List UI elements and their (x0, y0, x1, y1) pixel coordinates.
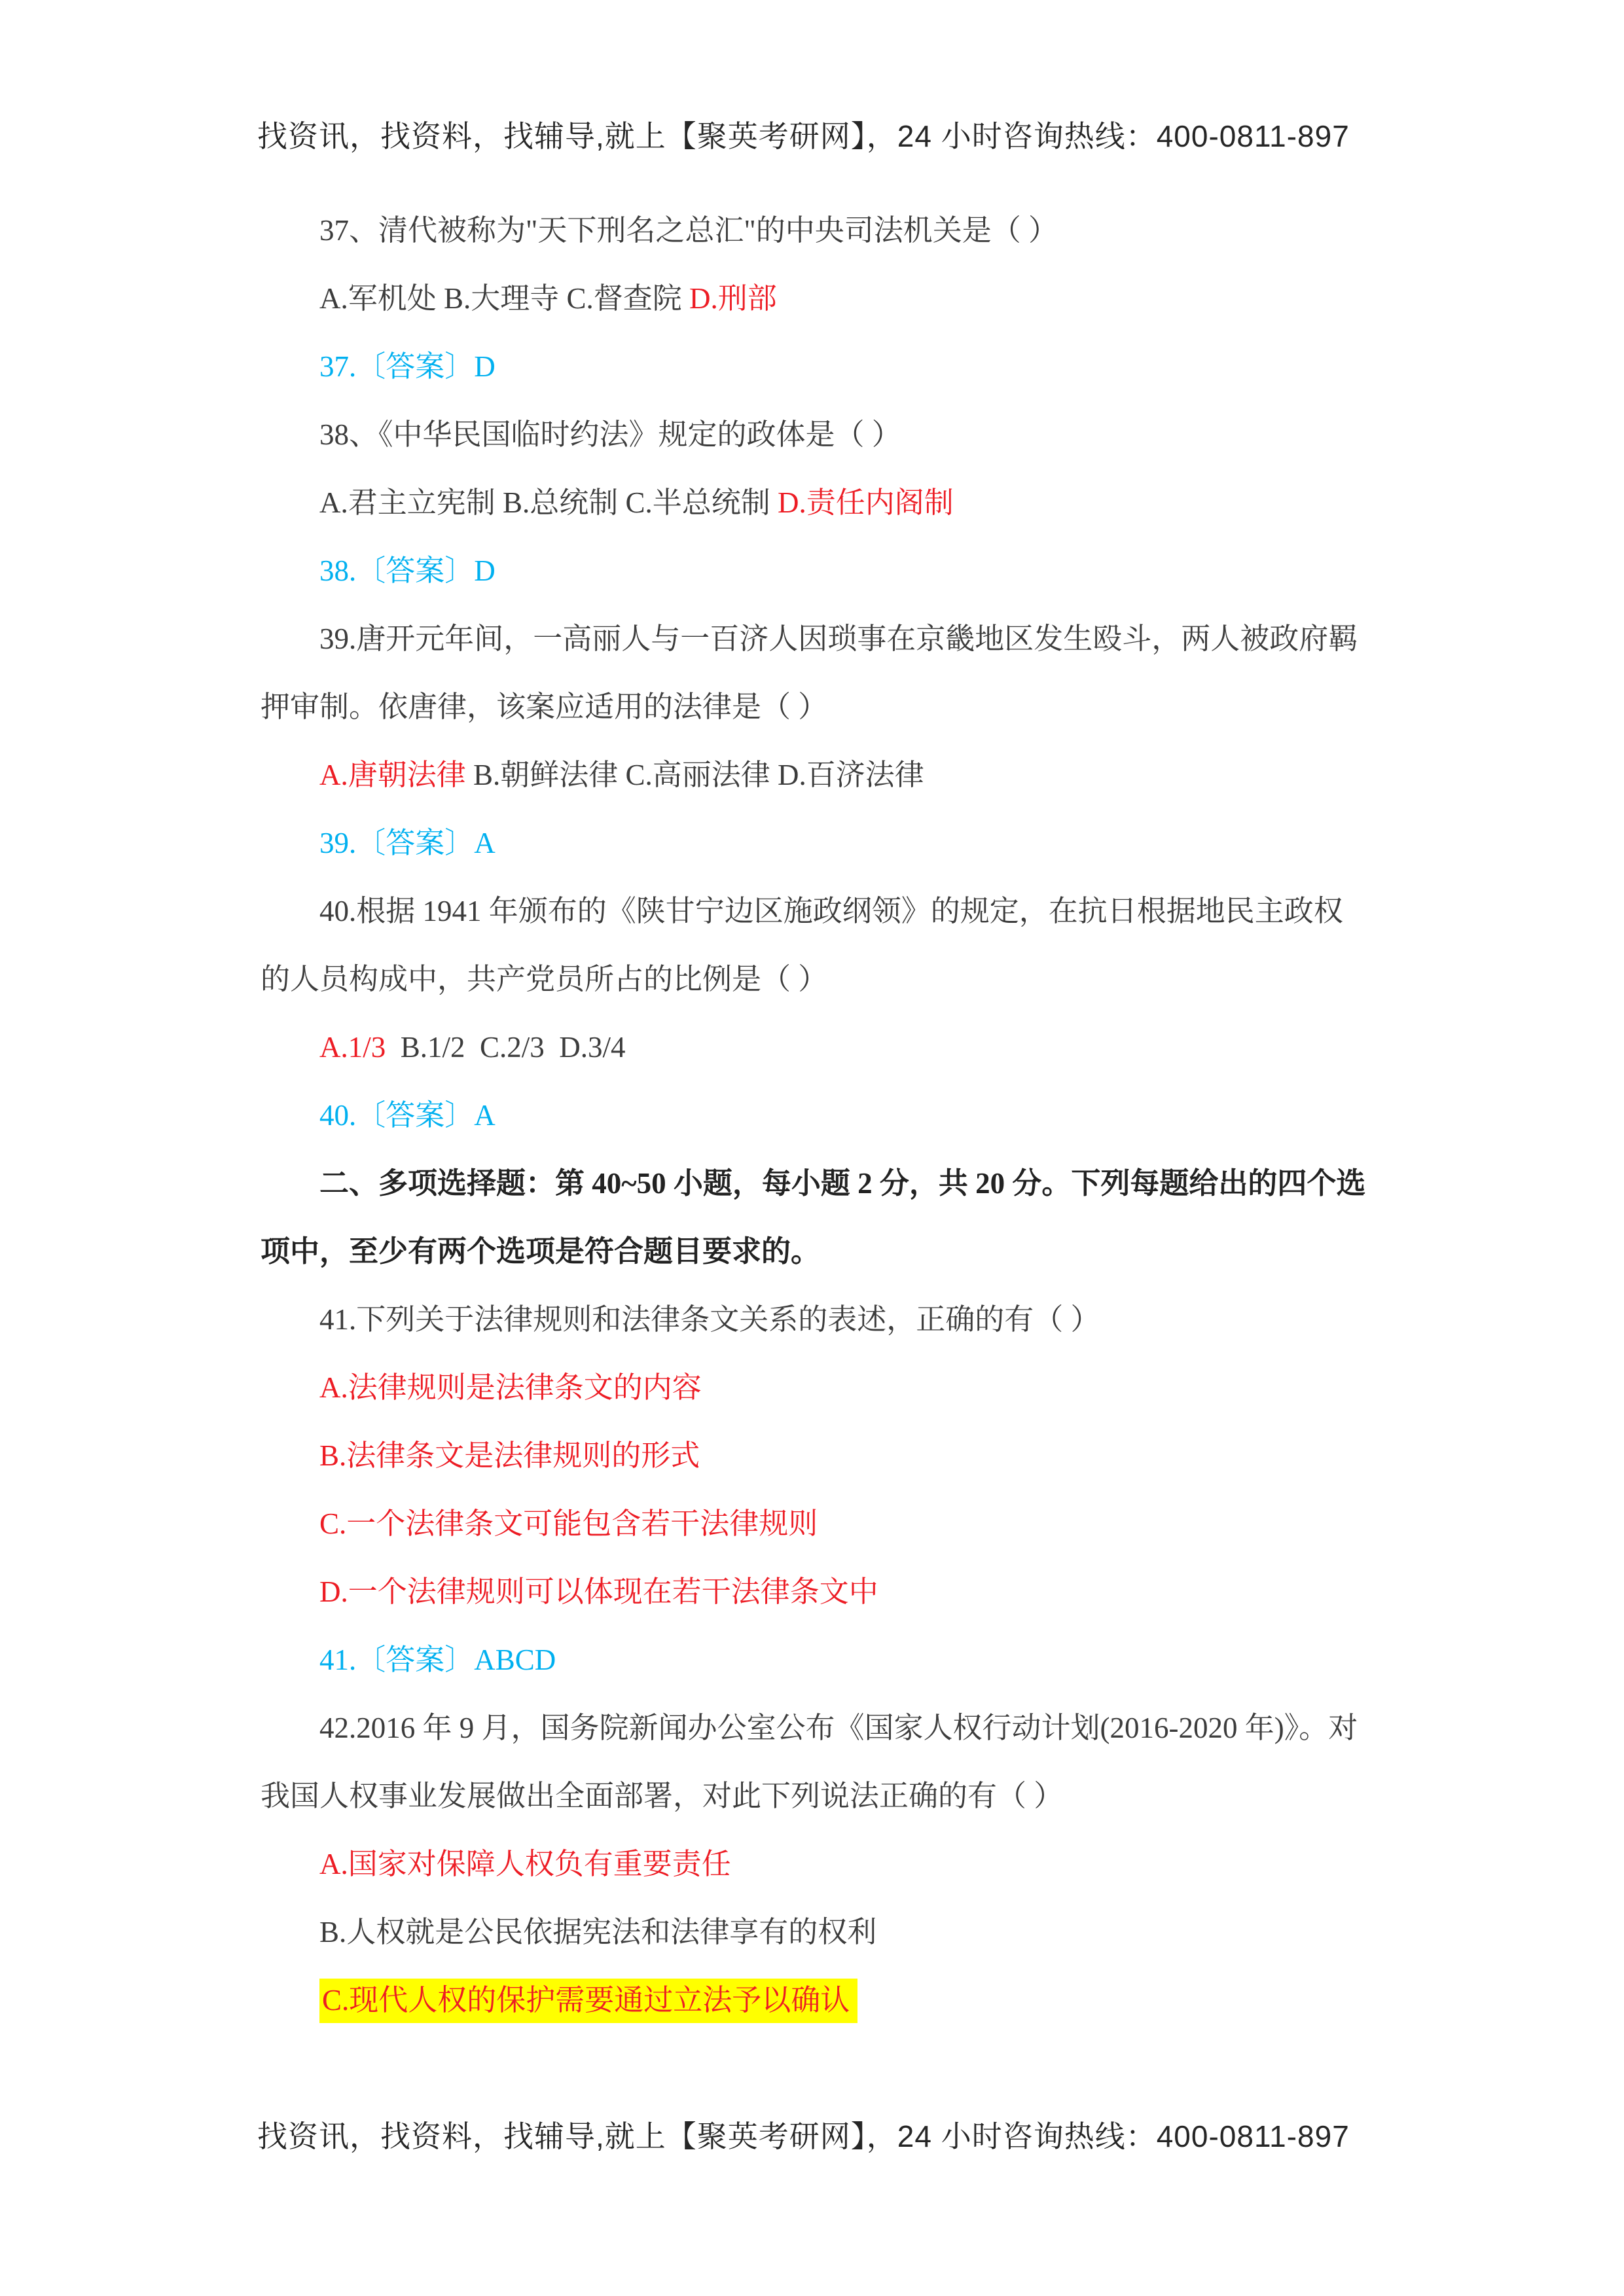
question-41-answer: 41.〔答案〕ABCD (261, 1626, 1367, 1694)
question-37-options-plain: A.军机处 B.大理寺 C.督查院 (319, 282, 689, 315)
question-40-options-plain: B.1/2 C.2/3 D.3/4 (386, 1031, 625, 1064)
question-42-option-c-highlighted: C.现代人权的保护需要通过立法予以确认 (319, 1979, 857, 2023)
question-41-option-a: A.法律规则是法律条文的内容 (261, 1354, 1367, 1422)
question-38-answer: 38.〔答案〕D (261, 537, 1367, 605)
section-2-heading: 二、多项选择题：第 40~50 小题，每小题 2 分，共 20 分。下列每题给出… (261, 1149, 1367, 1285)
question-41-option-b: B.法律条文是法律规则的形式 (261, 1422, 1367, 1490)
question-40-options: A.1/3 B.1/2 C.2/3 D.3/4 (261, 1013, 1367, 1081)
question-42-stem: 42.2016 年 9 月，国务院新闻办公室公布《国家人权行动计划(2016-2… (261, 1694, 1367, 1830)
exam-document-page: { "palette": { "body_text": "#3C3C3C", "… (0, 0, 1624, 2296)
question-39-answer: 39.〔答案〕A (261, 809, 1367, 877)
question-38-correct-option: D.责任内阁制 (778, 486, 954, 519)
question-42-option-c: C.现代人权的保护需要通过立法予以确认 (261, 1966, 1367, 2034)
exam-content: 37、清代被称为"天下刑名之总汇"的中央司法机关是（ ） A.军机处 B.大理寺… (261, 196, 1367, 2034)
question-41-option-d: D.一个法律规则可以体现在若干法律条文中 (261, 1558, 1367, 1626)
question-40-correct-option: A.1/3 (319, 1031, 386, 1064)
question-37-answer: 37.〔答案〕D (261, 332, 1367, 401)
question-38-stem: 38、《中华民国临时约法》规定的政体是（ ） (261, 401, 1367, 469)
question-42-option-b: B.人权就是公民依据宪法和法律享有的权利 (261, 1898, 1367, 1966)
question-40-answer: 40.〔答案〕A (261, 1081, 1367, 1149)
question-37-stem: 37、清代被称为"天下刑名之总汇"的中央司法机关是（ ） (261, 196, 1367, 264)
question-39-options: A.唐朝法律 B.朝鲜法律 C.高丽法律 D.百济法律 (261, 741, 1367, 809)
question-37-options: A.军机处 B.大理寺 C.督查院 D.刑部 (261, 264, 1367, 332)
page-header-promo: 找资讯，找资料，找辅导,就上【聚英考研网】，24 小时咨询热线：400-0811… (257, 113, 1370, 156)
question-40-stem: 40.根据 1941 年颁布的《陕甘宁边区施政纲领》的规定，在抗日根据地民主政权… (261, 877, 1367, 1013)
question-42-option-a: A.国家对保障人权负有重要责任 (261, 1830, 1367, 1898)
question-41-stem: 41.下列关于法律规则和法律条文关系的表述，正确的有（ ） (261, 1285, 1367, 1354)
question-38-options-plain: A.君主立宪制 B.总统制 C.半总统制 (319, 486, 778, 519)
question-39-correct-option: A.唐朝法律 (319, 759, 466, 791)
question-37-correct-option: D.刑部 (689, 282, 777, 315)
question-41-option-c: C.一个法律条文可能包含若干法律规则 (261, 1490, 1367, 1558)
question-39-stem: 39.唐开元年间，一高丽人与一百济人因琐事在京畿地区发生殴斗，两人被政府羁押审制… (261, 605, 1367, 741)
page-footer-promo: 找资讯，找资料，找辅导,就上【聚英考研网】，24 小时咨询热线：400-0811… (257, 2113, 1370, 2156)
question-38-options: A.君主立宪制 B.总统制 C.半总统制 D.责任内阁制 (261, 469, 1367, 537)
question-39-options-plain: B.朝鲜法律 C.高丽法律 D.百济法律 (466, 759, 924, 791)
